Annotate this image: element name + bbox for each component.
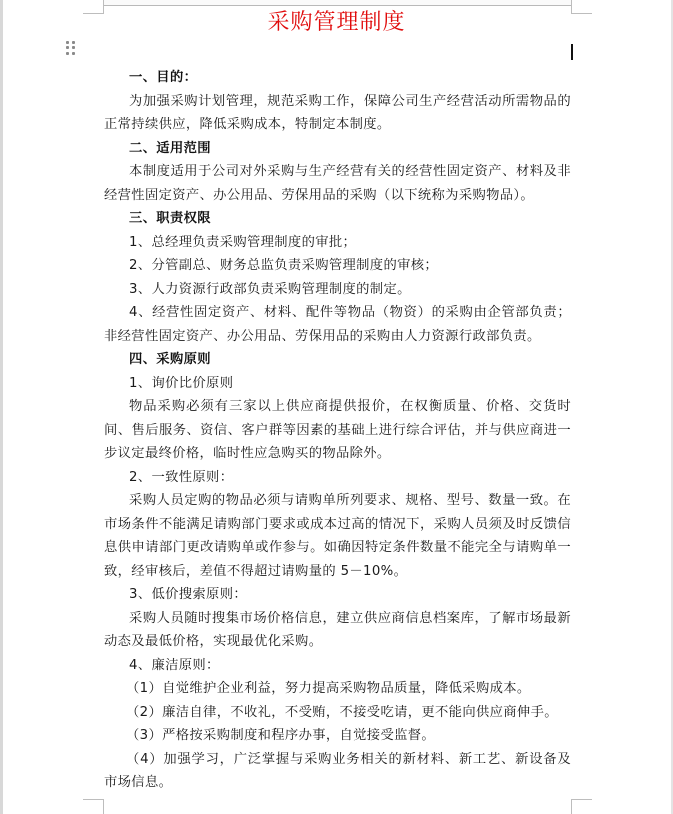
- section-heading: 二、适用范围: [104, 137, 571, 161]
- list-item: 3、人力资源行政部负责采购管理制度的制定。: [104, 278, 571, 302]
- principle-text: 采购人员定购的物品必须与请购单所列要求、规格、型号、数量一致。在市场条件不能满足…: [104, 489, 571, 583]
- paragraph: 为加强采购计划管理，规范采购工作，保障公司生产经营活动所需物品的正常持续供应，降…: [104, 90, 571, 137]
- margin-corner-mark-bottom-right: [571, 799, 592, 814]
- document-title[interactable]: 采购管理制度: [0, 8, 673, 38]
- margin-corner-mark-bottom-left: [83, 799, 104, 814]
- paragraph: 本制度适用于公司对外采购与生产经营有关的经营性固定资产、材料及非经营性固定资产、…: [104, 160, 571, 207]
- section-heading: 三、职责权限: [104, 207, 571, 231]
- principle-label: 3、低价搜索原则：: [104, 583, 571, 607]
- principle-subitem: （1）自觉维护企业利益，努力提高采购物品质量，降低采购成本。: [104, 677, 571, 701]
- document-viewport: 采购管理制度 一、目的： 为加强采购计划管理，规范采购工作，保障公司生产经营活动…: [0, 0, 673, 814]
- table-move-handle-icon[interactable]: [66, 41, 76, 55]
- principle-subitem: （3）严格按采购制度和程序办事，自觉接受监督。: [104, 724, 571, 748]
- page-top-margin: [104, 0, 571, 6]
- principle-label: 4、廉洁原则：: [104, 654, 571, 678]
- list-item: 4、经营性固定资产、材料、配件等物品（物资）的采购由企管部负责；非经营性固定资产…: [104, 301, 571, 348]
- principle-subitem: （2）廉洁自律，不收礼，不受贿，不接受吃请，更不能向供应商伸手。: [104, 701, 571, 725]
- list-item: 2、分管副总、财务总监负责采购管理制度的审核；: [104, 254, 571, 278]
- principle-label: 1、询价比价原则: [104, 372, 571, 396]
- principle-label: 2、一致性原则：: [104, 466, 571, 490]
- principle-text: 物品采购必须有三家以上供应商提供报价，在权衡质量、价格、交货时间、售后服务、资信…: [104, 395, 571, 466]
- section-heading: 四、采购原则: [104, 348, 571, 372]
- principle-subitem: （4）加强学习，广泛掌握与采购业务相关的新材料、新工艺、新设备及市场信息。: [104, 748, 571, 795]
- principle-text: 采购人员随时搜集市场价格信息，建立供应商信息档案库，了解市场最新动态及最低价格，…: [104, 607, 571, 654]
- window-left-edge: [0, 0, 3, 814]
- list-item: 1、总经理负责采购管理制度的审批；: [104, 231, 571, 255]
- text-cursor: [571, 44, 573, 60]
- section-heading: 一、目的：: [104, 66, 571, 90]
- document-body[interactable]: 一、目的： 为加强采购计划管理，规范采购工作，保障公司生产经营活动所需物品的正常…: [104, 66, 571, 795]
